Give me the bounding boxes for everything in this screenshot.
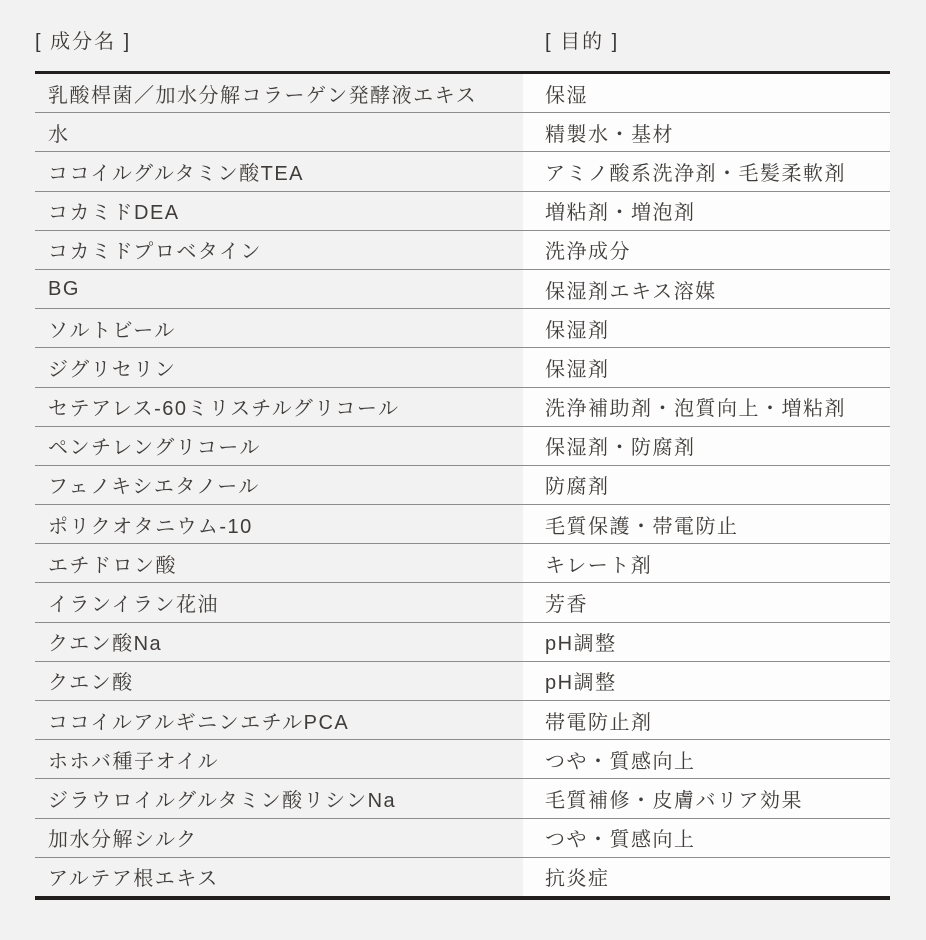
table-row: ホホバ種子オイル つや・質感向上 [35, 740, 890, 779]
table-row: コカミドプロベタイン 洗浄成分 [35, 231, 890, 270]
purpose-cell: 増粘剤・増泡剤 [523, 192, 890, 230]
ingredient-name-cell: ペンチレングリコール [35, 427, 523, 465]
purpose-cell: pH調整 [523, 662, 890, 700]
purpose-cell: 芳香 [523, 583, 890, 621]
table-row: コカミドDEA 増粘剤・増泡剤 [35, 192, 890, 231]
table-row: 水 精製水・基材 [35, 113, 890, 152]
ingredient-name-cell: クエン酸 [35, 662, 523, 700]
table-row: クエン酸 pH調整 [35, 662, 890, 701]
table-row: BG 保湿剤エキス溶媒 [35, 270, 890, 309]
table-row: アルテア根エキス 抗炎症 [35, 858, 890, 896]
ingredient-name-cell: アルテア根エキス [35, 858, 523, 896]
ingredient-name-cell: ホホバ種子オイル [35, 740, 523, 778]
ingredient-name-cell: BG [35, 270, 523, 308]
table-row: 乳酸桿菌／加水分解コラーゲン発酵液エキス 保湿 [35, 74, 890, 113]
ingredient-column-header: [ 成分名 ] [35, 30, 523, 54]
table-row: 加水分解シルク つや・質感向上 [35, 819, 890, 858]
table-row: エチドロン酸 キレート剤 [35, 544, 890, 583]
table-header: [ 成分名 ] [ 目的 ] [35, 30, 890, 54]
table-row: クエン酸Na pH調整 [35, 623, 890, 662]
ingredient-name-cell: ポリクオタニウム-10 [35, 505, 523, 543]
purpose-cell: 保湿剤・防腐剤 [523, 427, 890, 465]
table-row: ジグリセリン 保湿剤 [35, 348, 890, 387]
purpose-cell: つや・質感向上 [523, 740, 890, 778]
table-row: ココイルグルタミン酸TEA アミノ酸系洗浄剤・毛髪柔軟剤 [35, 152, 890, 191]
purpose-cell: 保湿剤 [523, 348, 890, 386]
ingredient-name-cell: ジラウロイルグルタミン酸リシンNa [35, 779, 523, 817]
ingredient-name-cell: 加水分解シルク [35, 819, 523, 857]
purpose-cell: 洗浄成分 [523, 231, 890, 269]
ingredient-name-cell: ソルトビール [35, 309, 523, 347]
purpose-cell: キレート剤 [523, 544, 890, 582]
ingredient-name-cell: 水 [35, 113, 523, 151]
ingredient-name-cell: ココイルグルタミン酸TEA [35, 152, 523, 190]
table-row: フェノキシエタノール 防腐剤 [35, 466, 890, 505]
purpose-cell: 毛質保護・帯電防止 [523, 505, 890, 543]
purpose-cell: 防腐剤 [523, 466, 890, 504]
ingredients-table: 乳酸桿菌／加水分解コラーゲン発酵液エキス 保湿 水 精製水・基材 ココイルグルタ… [35, 71, 890, 900]
purpose-cell: 洗浄補助剤・泡質向上・増粘剤 [523, 388, 890, 426]
ingredient-name-cell: ココイルアルギニンエチルPCA [35, 701, 523, 739]
purpose-cell: 保湿剤 [523, 309, 890, 347]
purpose-cell: pH調整 [523, 623, 890, 661]
table-row: ジラウロイルグルタミン酸リシンNa 毛質補修・皮膚バリア効果 [35, 779, 890, 818]
table-row: セテアレス-60ミリスチルグリコール 洗浄補助剤・泡質向上・増粘剤 [35, 388, 890, 427]
table-row: イランイラン花油 芳香 [35, 583, 890, 622]
purpose-column-header: [ 目的 ] [523, 30, 890, 54]
ingredient-name-cell: フェノキシエタノール [35, 466, 523, 504]
table-row: ペンチレングリコール 保湿剤・防腐剤 [35, 427, 890, 466]
ingredient-name-cell: ジグリセリン [35, 348, 523, 386]
ingredient-name-cell: イランイラン花油 [35, 583, 523, 621]
purpose-cell: 毛質補修・皮膚バリア効果 [523, 779, 890, 817]
table-row: ソルトビール 保湿剤 [35, 309, 890, 348]
purpose-cell: 帯電防止剤 [523, 701, 890, 739]
ingredient-name-cell: セテアレス-60ミリスチルグリコール [35, 388, 523, 426]
ingredient-name-cell: クエン酸Na [35, 623, 523, 661]
ingredient-name-cell: 乳酸桿菌／加水分解コラーゲン発酵液エキス [35, 74, 523, 112]
ingredient-name-cell: エチドロン酸 [35, 544, 523, 582]
purpose-cell: 保湿剤エキス溶媒 [523, 270, 890, 308]
purpose-cell: 精製水・基材 [523, 113, 890, 151]
purpose-cell: 保湿 [523, 74, 890, 112]
purpose-cell: 抗炎症 [523, 858, 890, 896]
ingredient-name-cell: コカミドプロベタイン [35, 231, 523, 269]
purpose-cell: アミノ酸系洗浄剤・毛髪柔軟剤 [523, 152, 890, 190]
ingredient-name-cell: コカミドDEA [35, 192, 523, 230]
table-row: ココイルアルギニンエチルPCA 帯電防止剤 [35, 701, 890, 740]
purpose-cell: つや・質感向上 [523, 819, 890, 857]
table-row: ポリクオタニウム-10 毛質保護・帯電防止 [35, 505, 890, 544]
